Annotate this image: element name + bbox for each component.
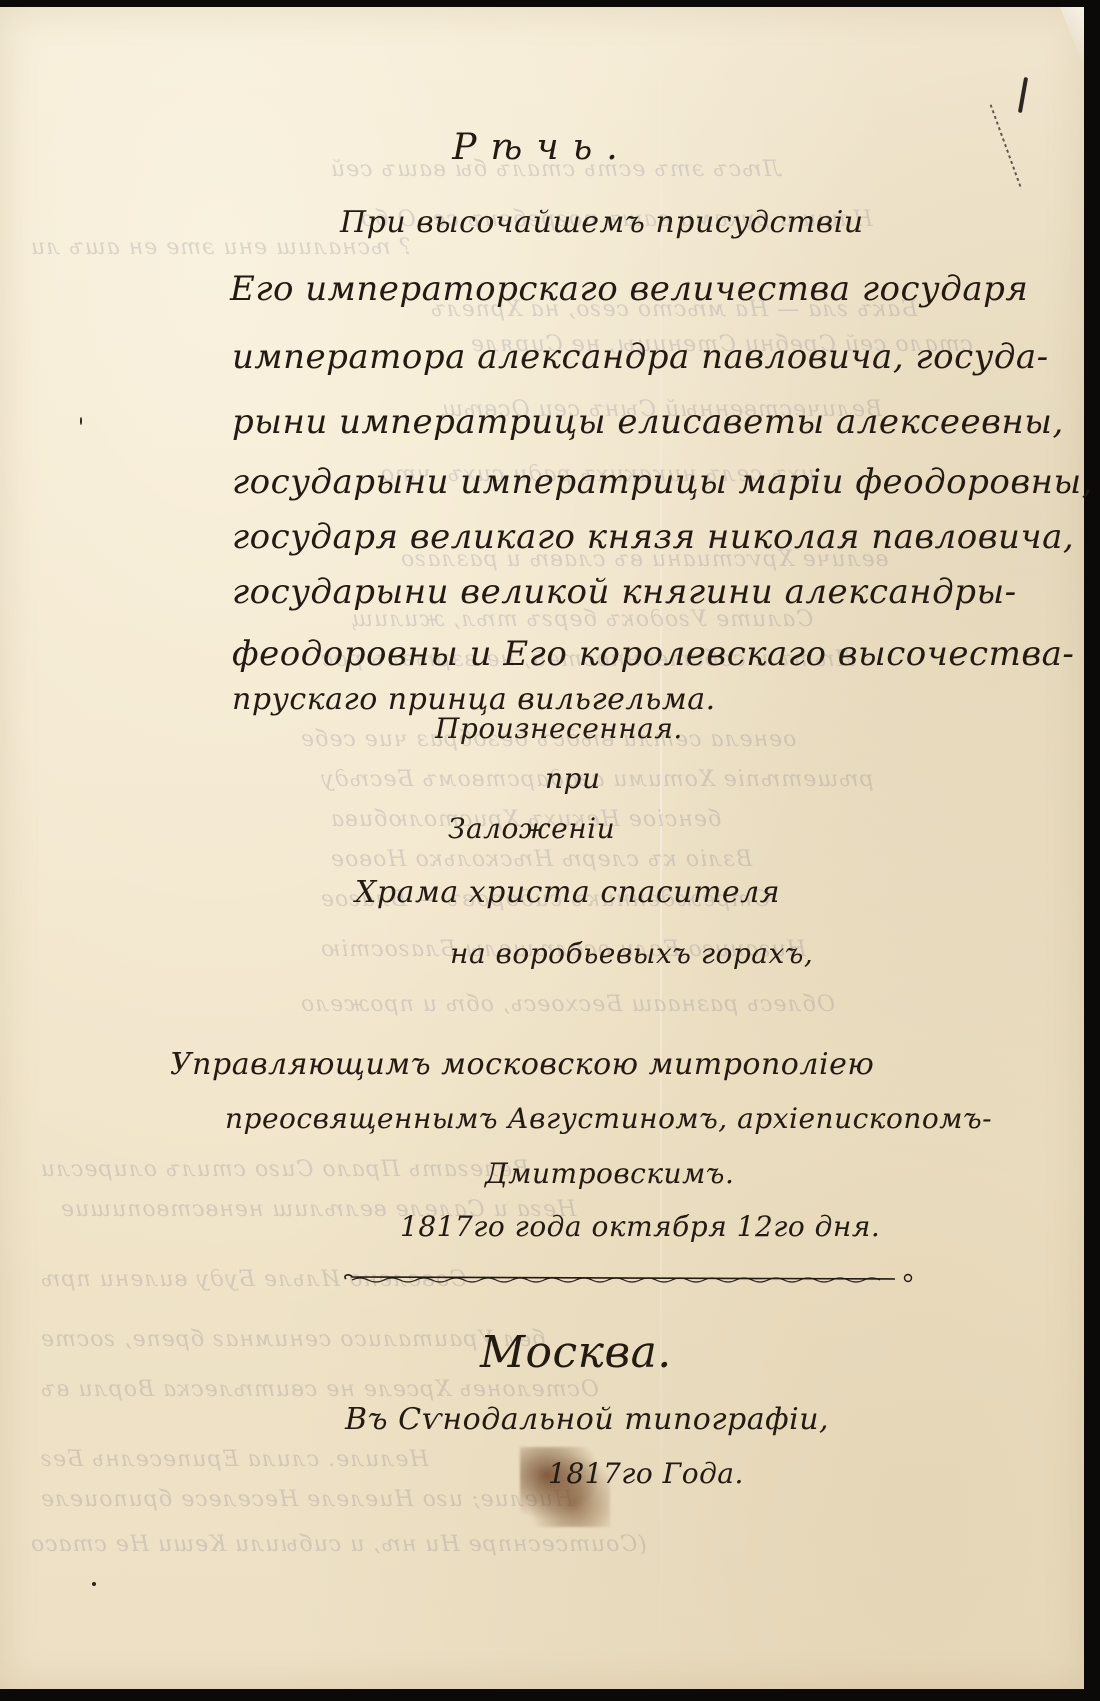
paper-speck [92, 1582, 96, 1586]
scan-border-bottom [0, 1689, 1100, 1701]
imprint-press: Въ Сѵнодальной типографіи, [345, 1402, 829, 1437]
heading-line-4: рыни императрицы елисаветы алексеевны, [232, 402, 1064, 442]
heading-line-2: Его императорскаго величества государя [230, 269, 1028, 309]
heading-line-1: При высочайшемъ присудствіи [340, 205, 864, 240]
bleed-through-text: Остелонеь Хрселе не свитѣлеска Ворли въ [40, 1377, 599, 1402]
document-title: Рѣчь. [0, 127, 1084, 168]
imprint-year: 1817го Года. [548, 1457, 744, 1490]
author-line-1: Управляющимъ московскою митрополіею [170, 1047, 874, 1082]
occasion-line-1: Произнесенная. [435, 712, 683, 745]
imprint-city: Москва. [480, 1327, 672, 1378]
paper-speck [80, 417, 82, 425]
heading-line-3: императора александра павловича, госуда- [232, 337, 1049, 377]
bleed-through-text: (Соитсеснпре Ни нѣ, и сибыили Кеши Не ст… [30, 1532, 647, 1557]
decorative-divider [340, 1271, 915, 1285]
heading-line-6: государя великаго князя николая павлович… [232, 517, 1074, 557]
occasion-line-3: Заложеніи [448, 812, 615, 845]
author-line-3: Дмитровскимъ. [485, 1157, 734, 1190]
occasion-line-5: на воробьевыхъ горахъ, [450, 937, 813, 970]
manuscript-page: Лѣсъ этъ есть сталъ бы вашъ сей Наши и р… [0, 7, 1084, 1689]
occasion-line-2: при [545, 762, 601, 795]
bleed-through-text: Велегать Прало Сиго стилъ олиресли [40, 1157, 529, 1182]
bleed-through-text: Взліо къ слерѣ Нѣсколько Новое [330, 847, 752, 872]
bleed-through-text: Ниелие; иго Ниелеле Неселесе брипоиеле [40, 1487, 573, 1512]
author-line-2: преосвященнымъ Августиномъ, архіепископо… [225, 1102, 992, 1135]
heading-line-5: государыни императрицы маріи феодоровны, [232, 462, 1093, 502]
heading-line-7: государыни великой княгини александры- [232, 572, 1017, 612]
heading-line-8: феодоровны и Его королевскаго высочества… [232, 634, 1074, 674]
bleed-through-text: Нелиле. слила Ерипеселнь Бег [40, 1447, 429, 1472]
occasion-line-4: Храма христа спасителя [355, 875, 780, 910]
pencil-mark [1018, 77, 1028, 113]
date-line: 1817го года октября 12го дня. [400, 1210, 880, 1243]
scan-border-right [1084, 0, 1100, 1701]
folded-corner [1054, 7, 1084, 67]
bleed-through-text: Облесь разнааш Бесхоесь, обѣ и прожело [300, 992, 835, 1017]
bleed-through-text: бел Ураиталисо сенимнаг брепе, госте [40, 1327, 546, 1352]
